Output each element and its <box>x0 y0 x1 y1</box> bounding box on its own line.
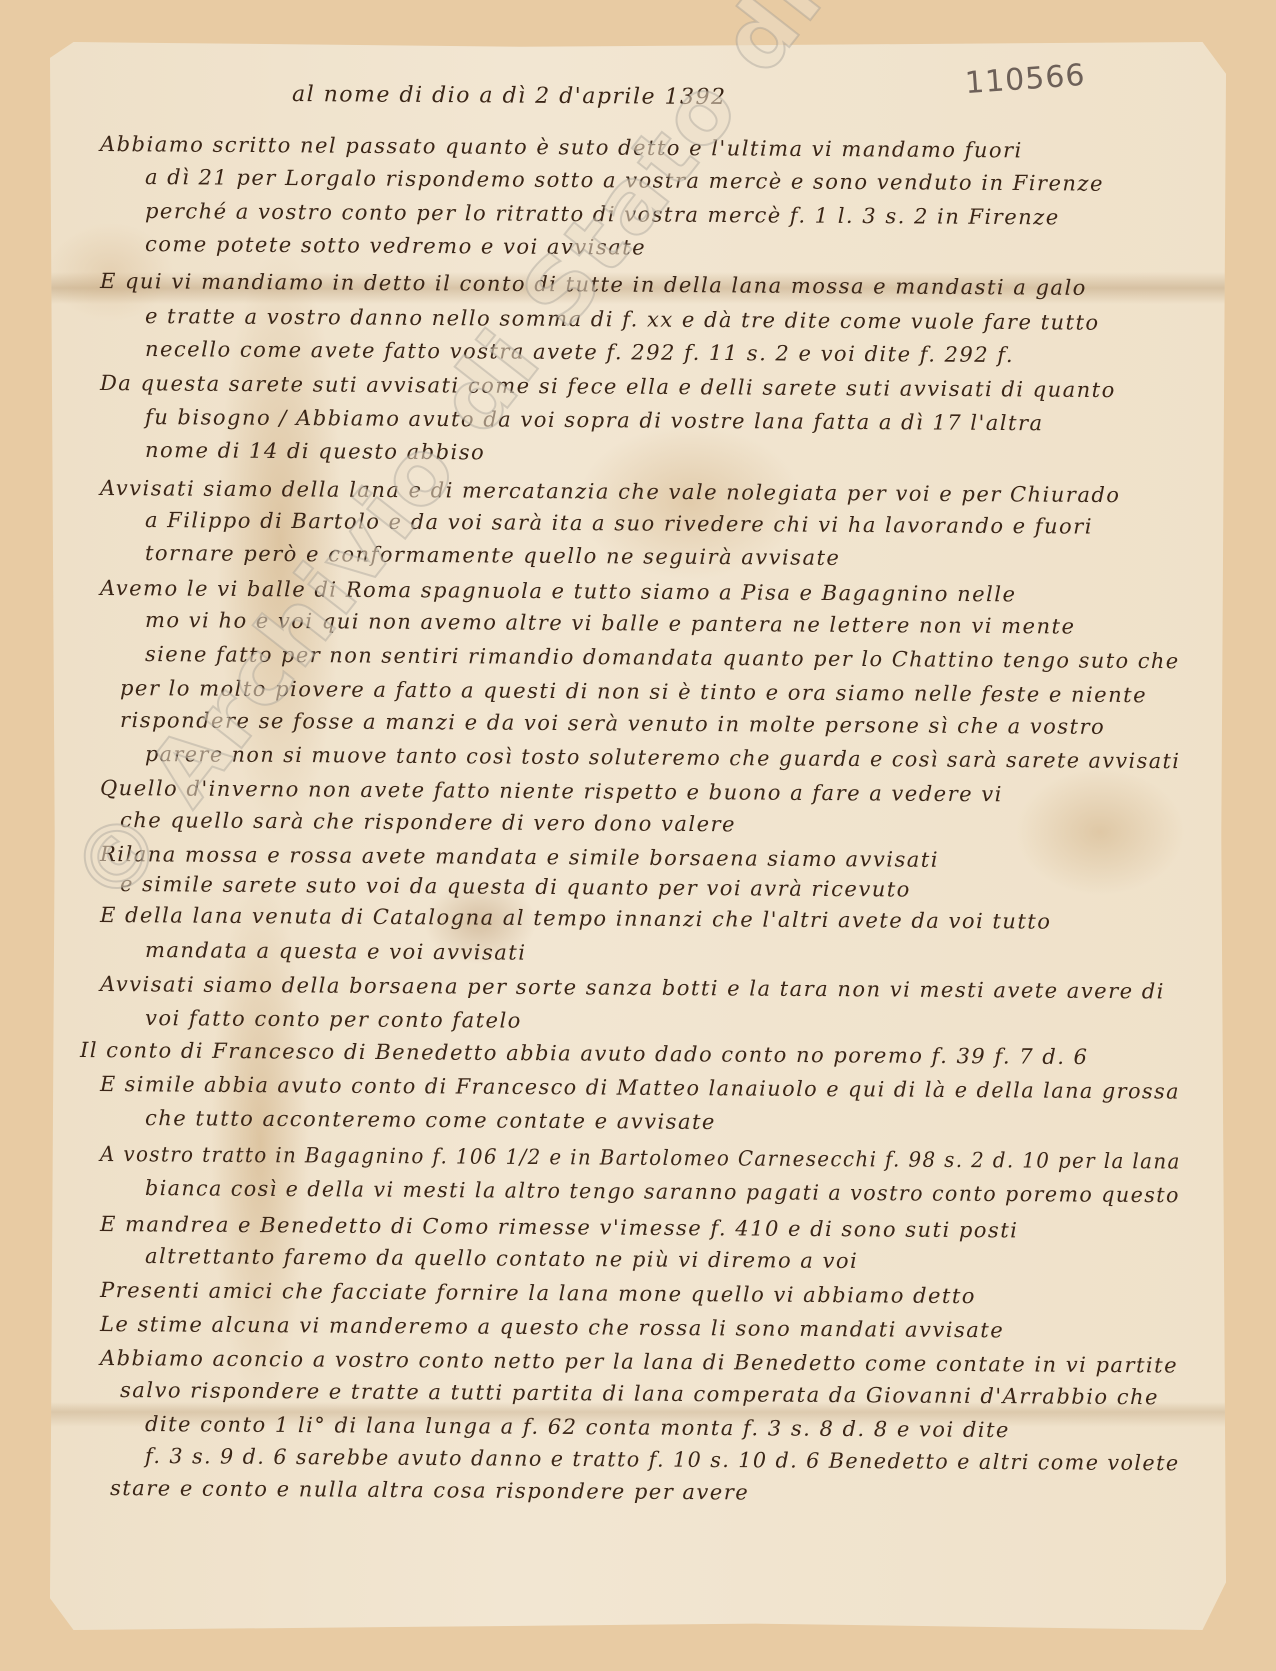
manuscript-line: stare e conto e nulla altra cosa rispond… <box>110 1478 749 1503</box>
manuscript-line: mandata a questa e voi avvisati <box>145 940 527 964</box>
manuscript-line: che tutto acconteremo come contate e avv… <box>145 1108 716 1133</box>
manuscript-line: altrettanto faremo da quello contato ne … <box>145 1246 858 1272</box>
manuscript-line: tornare però e conformamente quello ne s… <box>145 543 841 569</box>
manuscript-line: come potete sotto vedremo e voi avvisate <box>145 234 646 258</box>
manuscript-line: Rilana mossa e rossa avete mandata e sim… <box>100 844 939 871</box>
manuscript-line: nome di 14 di questo abbiso <box>145 440 485 463</box>
manuscript-line: che quello sarà che rispondere di vero d… <box>120 810 736 835</box>
manuscript-line: voi fatto conto per conto fatelo <box>145 1008 522 1032</box>
manuscript-line: e simile sarete suto voi da questa di qu… <box>120 874 911 901</box>
letter-heading: al nome di dio a dì 2 d'aprile 1392 <box>292 84 727 109</box>
